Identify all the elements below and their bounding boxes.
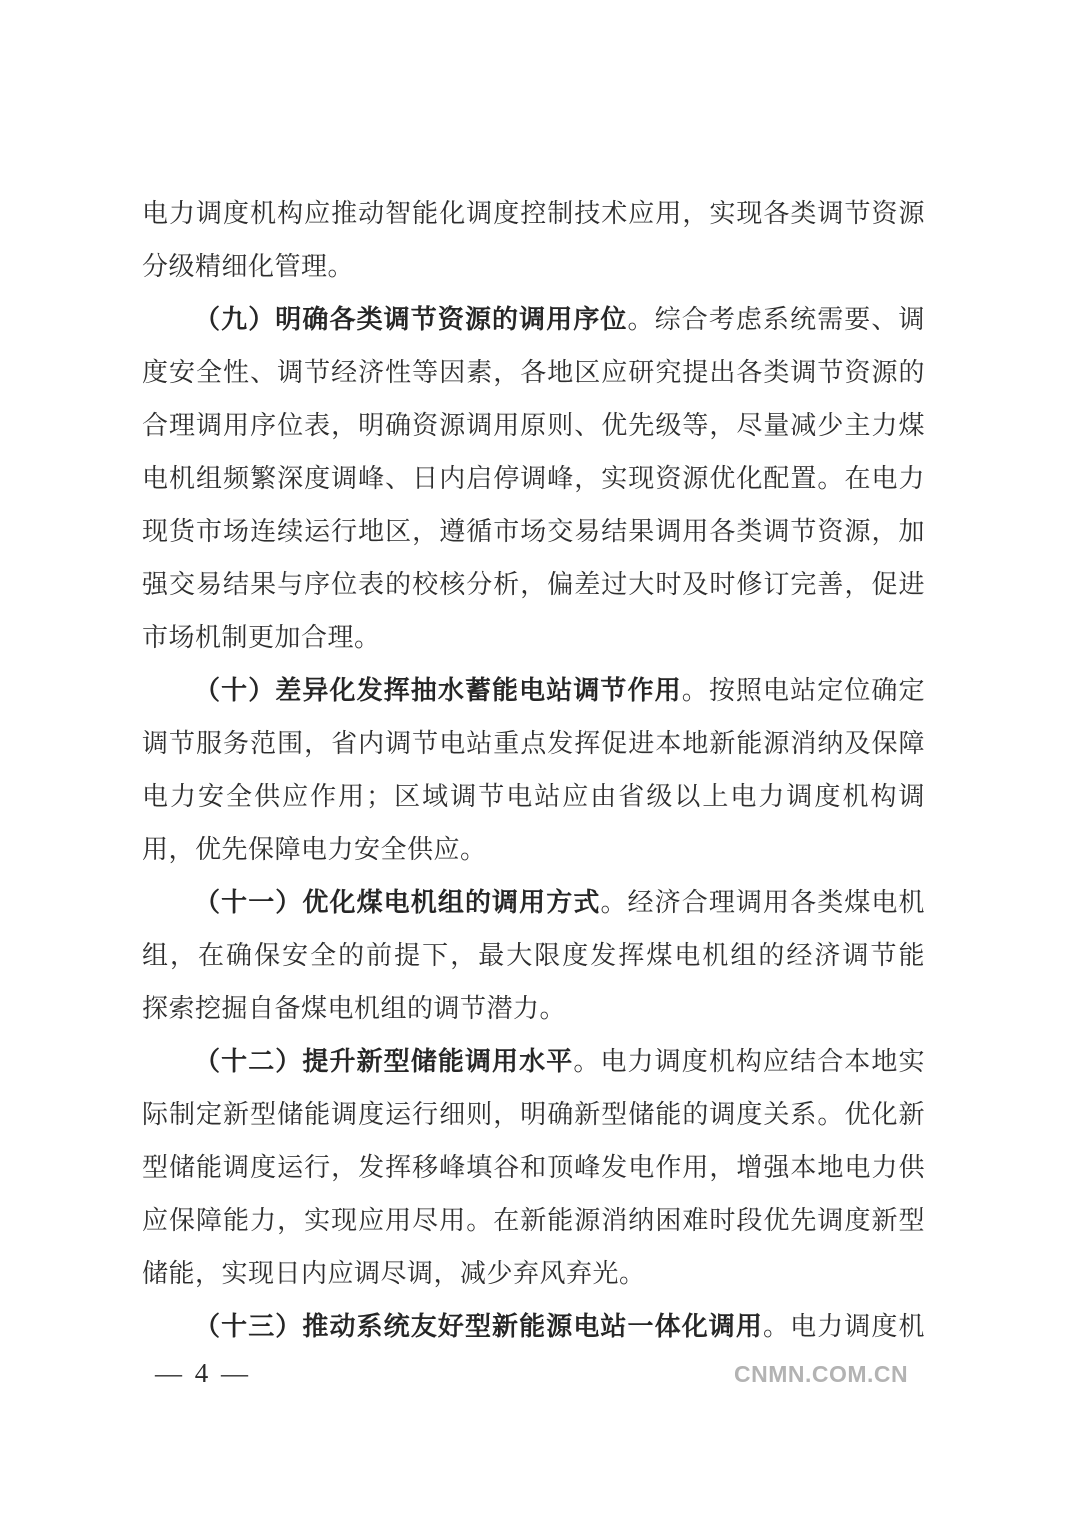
- line-text: 市场机制更加合理。: [142, 623, 381, 652]
- text-line: 电力安全供应作用；区域调节电站应由省级以上电力调度机构调: [142, 770, 925, 823]
- text-line: 现货市场连续运行地区，遵循市场交易结果调用各类调节资源，加: [142, 505, 925, 558]
- line-text: 用，优先保障电力安全供应。: [142, 835, 487, 864]
- text-line-section-11: （十一）优化煤电机组的调用方式。经济合理调用各类煤电机: [142, 876, 925, 929]
- section-heading: （十）差异化发挥抽水蓄能电站调节作用: [194, 676, 682, 705]
- text-line: 调节服务范围，省内调节电站重点发挥促进本地新能源消纳及保障: [142, 717, 925, 770]
- line-text: 探索挖掘自备煤电机组的调节潜力。: [142, 994, 566, 1023]
- section-heading: （十三）推动系统友好型新能源电站一体化调用: [194, 1312, 763, 1341]
- text-line-section-13: （十三）推动系统友好型新能源电站一体化调用。电力调度机: [142, 1300, 925, 1353]
- line-text: 强交易结果与序位表的校核分析，偏差过大时及时修订完善，促进: [142, 570, 925, 599]
- line-text: 电力调度机构应推动智能化调度控制技术应用，实现各类调节资源: [142, 199, 925, 228]
- line-text: 型储能调度运行，发挥移峰填谷和顶峰发电作用，增强本地电力供: [142, 1153, 925, 1182]
- line-text: 组，在确保安全的前提下，最大限度发挥煤电机组的经济调节能力。: [142, 941, 925, 982]
- section-heading: （十二）提升新型储能调用水平: [194, 1047, 573, 1076]
- watermark: CNMN.COM.CN: [734, 1361, 908, 1387]
- text-line: 电机组频繁深度调峰、日内启停调峰，实现资源优化配置。在电力: [142, 452, 925, 505]
- text-line: 合理调用序位表，明确资源调用原则、优先级等，尽量减少主力煤: [142, 399, 925, 452]
- document-text: 电力调度机构应推动智能化调度控制技术应用，实现各类调节资源 分级精细化管理。 （…: [142, 187, 925, 1353]
- line-text: 度安全性、调节经济性等因素，各地区应研究提出各类调节资源的: [142, 358, 925, 387]
- text-line: 强交易结果与序位表的校核分析，偏差过大时及时修订完善，促进: [142, 558, 925, 611]
- line-text: 应保障能力，实现应用尽用。在新能源消纳困难时段优先调度新型: [142, 1206, 925, 1235]
- text-line-section-10: （十）差异化发挥抽水蓄能电站调节作用。按照电站定位确定: [142, 664, 925, 717]
- text-line-section-9: （九）明确各类调节资源的调用序位。综合考虑系统需要、调: [142, 293, 925, 346]
- page-number: — 4 —: [155, 1358, 251, 1388]
- line-text: 。电力调度机: [763, 1312, 925, 1341]
- line-text: 储能，实现日内应调尽调，减少弃风弃光。: [142, 1259, 646, 1288]
- text-line: 电力调度机构应推动智能化调度控制技术应用，实现各类调节资源: [142, 187, 925, 240]
- line-text: 调节服务范围，省内调节电站重点发挥促进本地新能源消纳及保障: [142, 729, 925, 758]
- line-text: 。经济合理调用各类煤电机: [600, 888, 925, 917]
- text-line: 市场机制更加合理。: [142, 611, 925, 664]
- text-line-section-12: （十二）提升新型储能调用水平。电力调度机构应结合本地实: [142, 1035, 925, 1088]
- line-text: 际制定新型储能调度运行细则，明确新型储能的调度关系。优化新: [142, 1100, 925, 1129]
- line-text: 。按照电站定位确定: [682, 676, 925, 705]
- text-line: 际制定新型储能调度运行细则，明确新型储能的调度关系。优化新: [142, 1088, 925, 1141]
- line-text: 。综合考虑系统需要、调: [628, 305, 925, 334]
- line-text: 合理调用序位表，明确资源调用原则、优先级等，尽量减少主力煤: [142, 411, 925, 440]
- line-text: 电力安全供应作用；区域调节电站应由省级以上电力调度机构调: [142, 782, 925, 811]
- line-text: 现货市场连续运行地区，遵循市场交易结果调用各类调节资源，加: [142, 517, 925, 546]
- text-line: 组，在确保安全的前提下，最大限度发挥煤电机组的经济调节能力。: [142, 929, 925, 982]
- text-line: 储能，实现日内应调尽调，减少弃风弃光。: [142, 1247, 925, 1300]
- text-line: 型储能调度运行，发挥移峰填谷和顶峰发电作用，增强本地电力供: [142, 1141, 925, 1194]
- line-text: 分级精细化管理。: [142, 252, 354, 281]
- document-page: 电力调度机构应推动智能化调度控制技术应用，实现各类调节资源 分级精细化管理。 （…: [0, 0, 1080, 1527]
- line-text: 。电力调度机构应结合本地实: [573, 1047, 925, 1076]
- text-line: 探索挖掘自备煤电机组的调节潜力。: [142, 982, 925, 1035]
- text-line: 用，优先保障电力安全供应。: [142, 823, 925, 876]
- text-line: 分级精细化管理。: [142, 240, 925, 293]
- section-heading: （九）明确各类调节资源的调用序位: [194, 305, 628, 334]
- text-line: 应保障能力，实现应用尽用。在新能源消纳困难时段优先调度新型: [142, 1194, 925, 1247]
- text-line: 度安全性、调节经济性等因素，各地区应研究提出各类调节资源的: [142, 346, 925, 399]
- section-heading: （十一）优化煤电机组的调用方式: [194, 888, 600, 917]
- line-text: 电机组频繁深度调峰、日内启停调峰，实现资源优化配置。在电力: [142, 464, 925, 493]
